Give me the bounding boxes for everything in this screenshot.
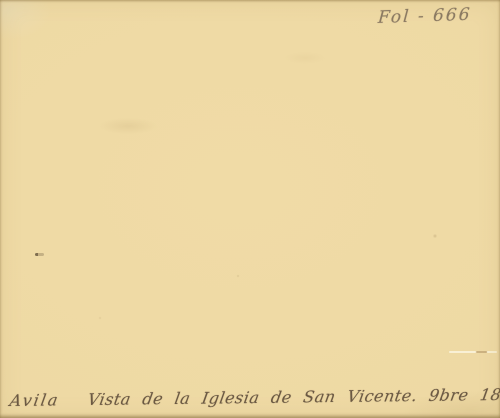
caption-title: Vista de la Iglesia de San Vicente. 9bre… bbox=[86, 385, 500, 409]
photo-mount-verso: Fol - 666 Avila Vista de la Iglesia de S… bbox=[0, 0, 500, 418]
ink-speck bbox=[35, 253, 44, 256]
handwritten-caption: Avila Vista de la Iglesia de San Vicente… bbox=[10, 385, 496, 410]
scratch-mark bbox=[449, 351, 497, 353]
folio-number-inscription: Fol - 666 bbox=[377, 4, 488, 28]
paper-stains bbox=[0, 0, 500, 418]
caption-place: Avila bbox=[8, 390, 61, 410]
